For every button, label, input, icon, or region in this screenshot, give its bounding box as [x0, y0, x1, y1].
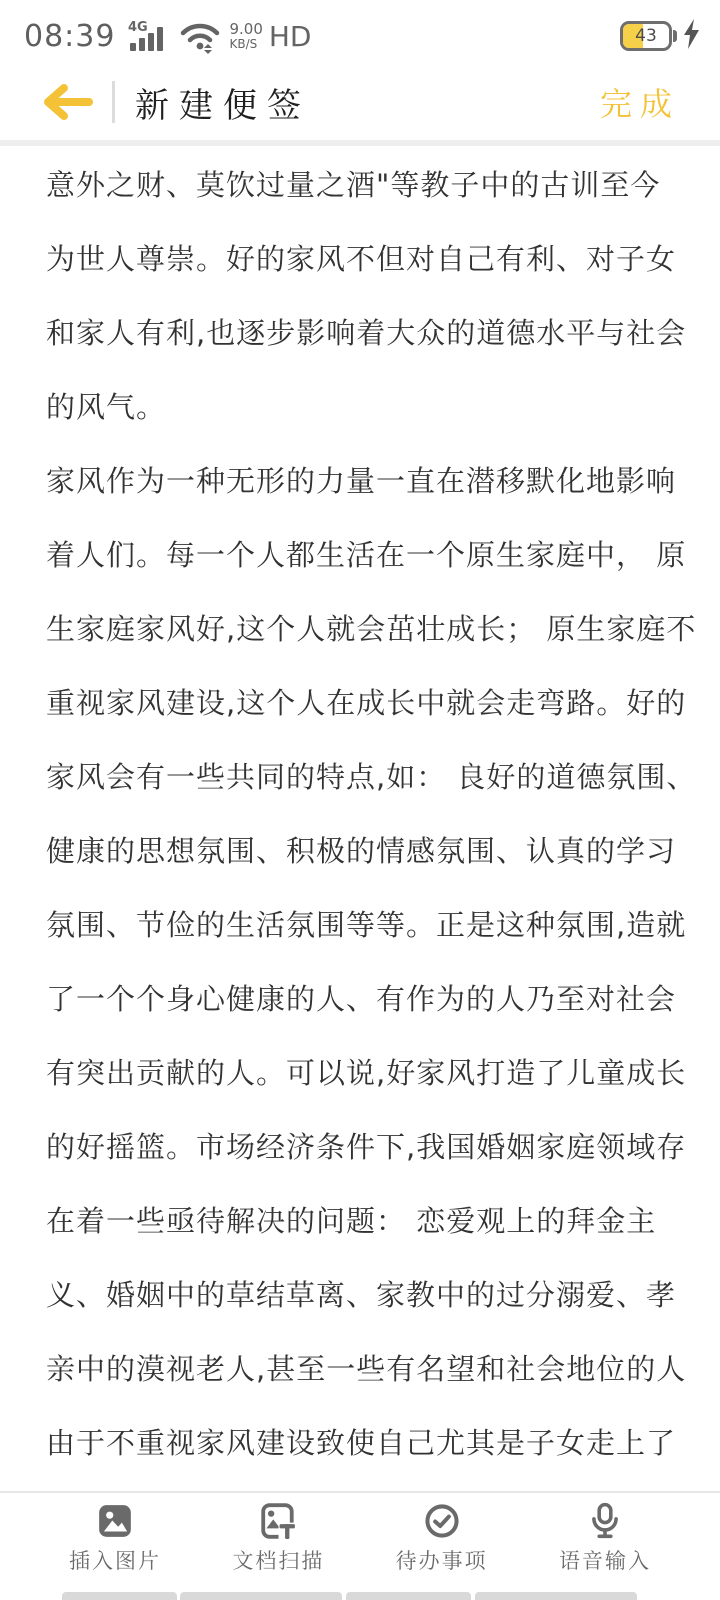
header-bar: 新建便签 完成	[0, 62, 720, 142]
note-line: 氛围、节俭的生活氛围等等。正是这种氛围,造就	[46, 888, 680, 962]
note-line: 由于不重视家风建设致使自己尤其是子女走上了	[46, 1406, 680, 1480]
hd-indicator: HD	[269, 20, 312, 53]
done-button[interactable]: 完成	[600, 79, 680, 125]
keyboard-key-top[interactable]	[475, 1592, 637, 1600]
voice-input-icon	[586, 1501, 624, 1541]
toolbar-label: 语音输入	[559, 1545, 651, 1575]
header-divider	[112, 81, 115, 123]
battery-percent: 43	[623, 24, 669, 48]
note-line: 义、婚姻中的草结草离、家教中的过分溺爱、孝	[46, 1258, 680, 1332]
network-speed-value: 9.00	[229, 22, 262, 38]
charging-bolt-icon	[683, 19, 700, 53]
note-line: 重视家风建设,这个人在成长中就会走弯路。好的	[46, 666, 680, 740]
insert-image-button[interactable]: 插入图片	[54, 1501, 176, 1585]
note-line: 亲中的漠视老人,甚至一些有名望和社会地位的人	[46, 1332, 680, 1406]
status-bar: 08:39 4G 9.00 KB/S HD 43	[0, 0, 720, 62]
toolbar-label: 插入图片	[69, 1545, 161, 1575]
note-line: 着人们。每一个人都生活在一个原生家庭中， 原	[46, 518, 680, 592]
toolbar-label: 文档扫描	[232, 1545, 324, 1575]
keyboard-key-top[interactable]	[346, 1592, 471, 1600]
insert-image-icon	[96, 1501, 134, 1541]
battery-cap	[673, 30, 677, 42]
battery-icon: 43	[620, 21, 672, 51]
editor-toolbar: 插入图片 文档扫描 待办事项	[0, 1493, 720, 1585]
network-speed: 9.00 KB/S	[229, 22, 262, 50]
toolbar-label: 待办事项	[396, 1545, 488, 1575]
todo-check-icon	[423, 1501, 461, 1541]
clock-time: 08:39	[24, 19, 115, 54]
voice-input-button[interactable]: 语音输入	[544, 1501, 666, 1585]
keyboard-key-top[interactable]	[62, 1592, 177, 1600]
back-arrow-icon	[40, 82, 94, 122]
note-line: 意外之财、莫饮过量之酒"等教子中的古训至今	[46, 148, 680, 222]
note-line: 生家庭家风好,这个人就会茁壮成长； 原生家庭不	[46, 592, 680, 666]
page-title: 新建便签	[135, 78, 311, 127]
keyboard-top-edge[interactable]	[0, 1585, 720, 1600]
wifi-icon	[179, 18, 221, 54]
note-line: 家风会有一些共同的特点,如： 良好的道德氛围、	[46, 740, 680, 814]
signal-4g-icon: 4G	[127, 18, 167, 54]
note-line: 和家人有利,也逐步影响着大众的道德水平与社会	[46, 296, 680, 370]
document-scan-button[interactable]: 文档扫描	[217, 1501, 339, 1585]
note-editor[interactable]: 意外之财、莫饮过量之酒"等教子中的古训至今 为世人尊崇。好的家风不但对自己有利、…	[0, 146, 720, 1491]
keyboard-key-top[interactable]	[180, 1592, 342, 1600]
note-line: 的好摇篮。市场经济条件下,我国婚姻家庭领域存	[46, 1110, 680, 1184]
note-line: 家风作为一种无形的力量一直在潜移默化地影响	[46, 444, 680, 518]
document-scan-icon	[259, 1501, 297, 1541]
todo-button[interactable]: 待办事项	[381, 1501, 503, 1585]
note-line: 了一个个身心健康的人、有作为的人乃至对社会	[46, 962, 680, 1036]
note-line: 在着一些亟待解决的问题： 恋爱观上的拜金主	[46, 1184, 680, 1258]
network-speed-unit: KB/S	[229, 38, 262, 51]
note-line: 健康的思想氛围、积极的情感氛围、认真的学习	[46, 814, 680, 888]
note-line: 有突出贡献的人。可以说,好家风打造了儿童成长	[46, 1036, 680, 1110]
note-line: 为世人尊崇。好的家风不但对自己有利、对子女	[46, 222, 680, 296]
svg-text:4G: 4G	[128, 20, 148, 35]
note-line: 的风气。	[46, 370, 680, 444]
back-button[interactable]	[40, 80, 98, 124]
